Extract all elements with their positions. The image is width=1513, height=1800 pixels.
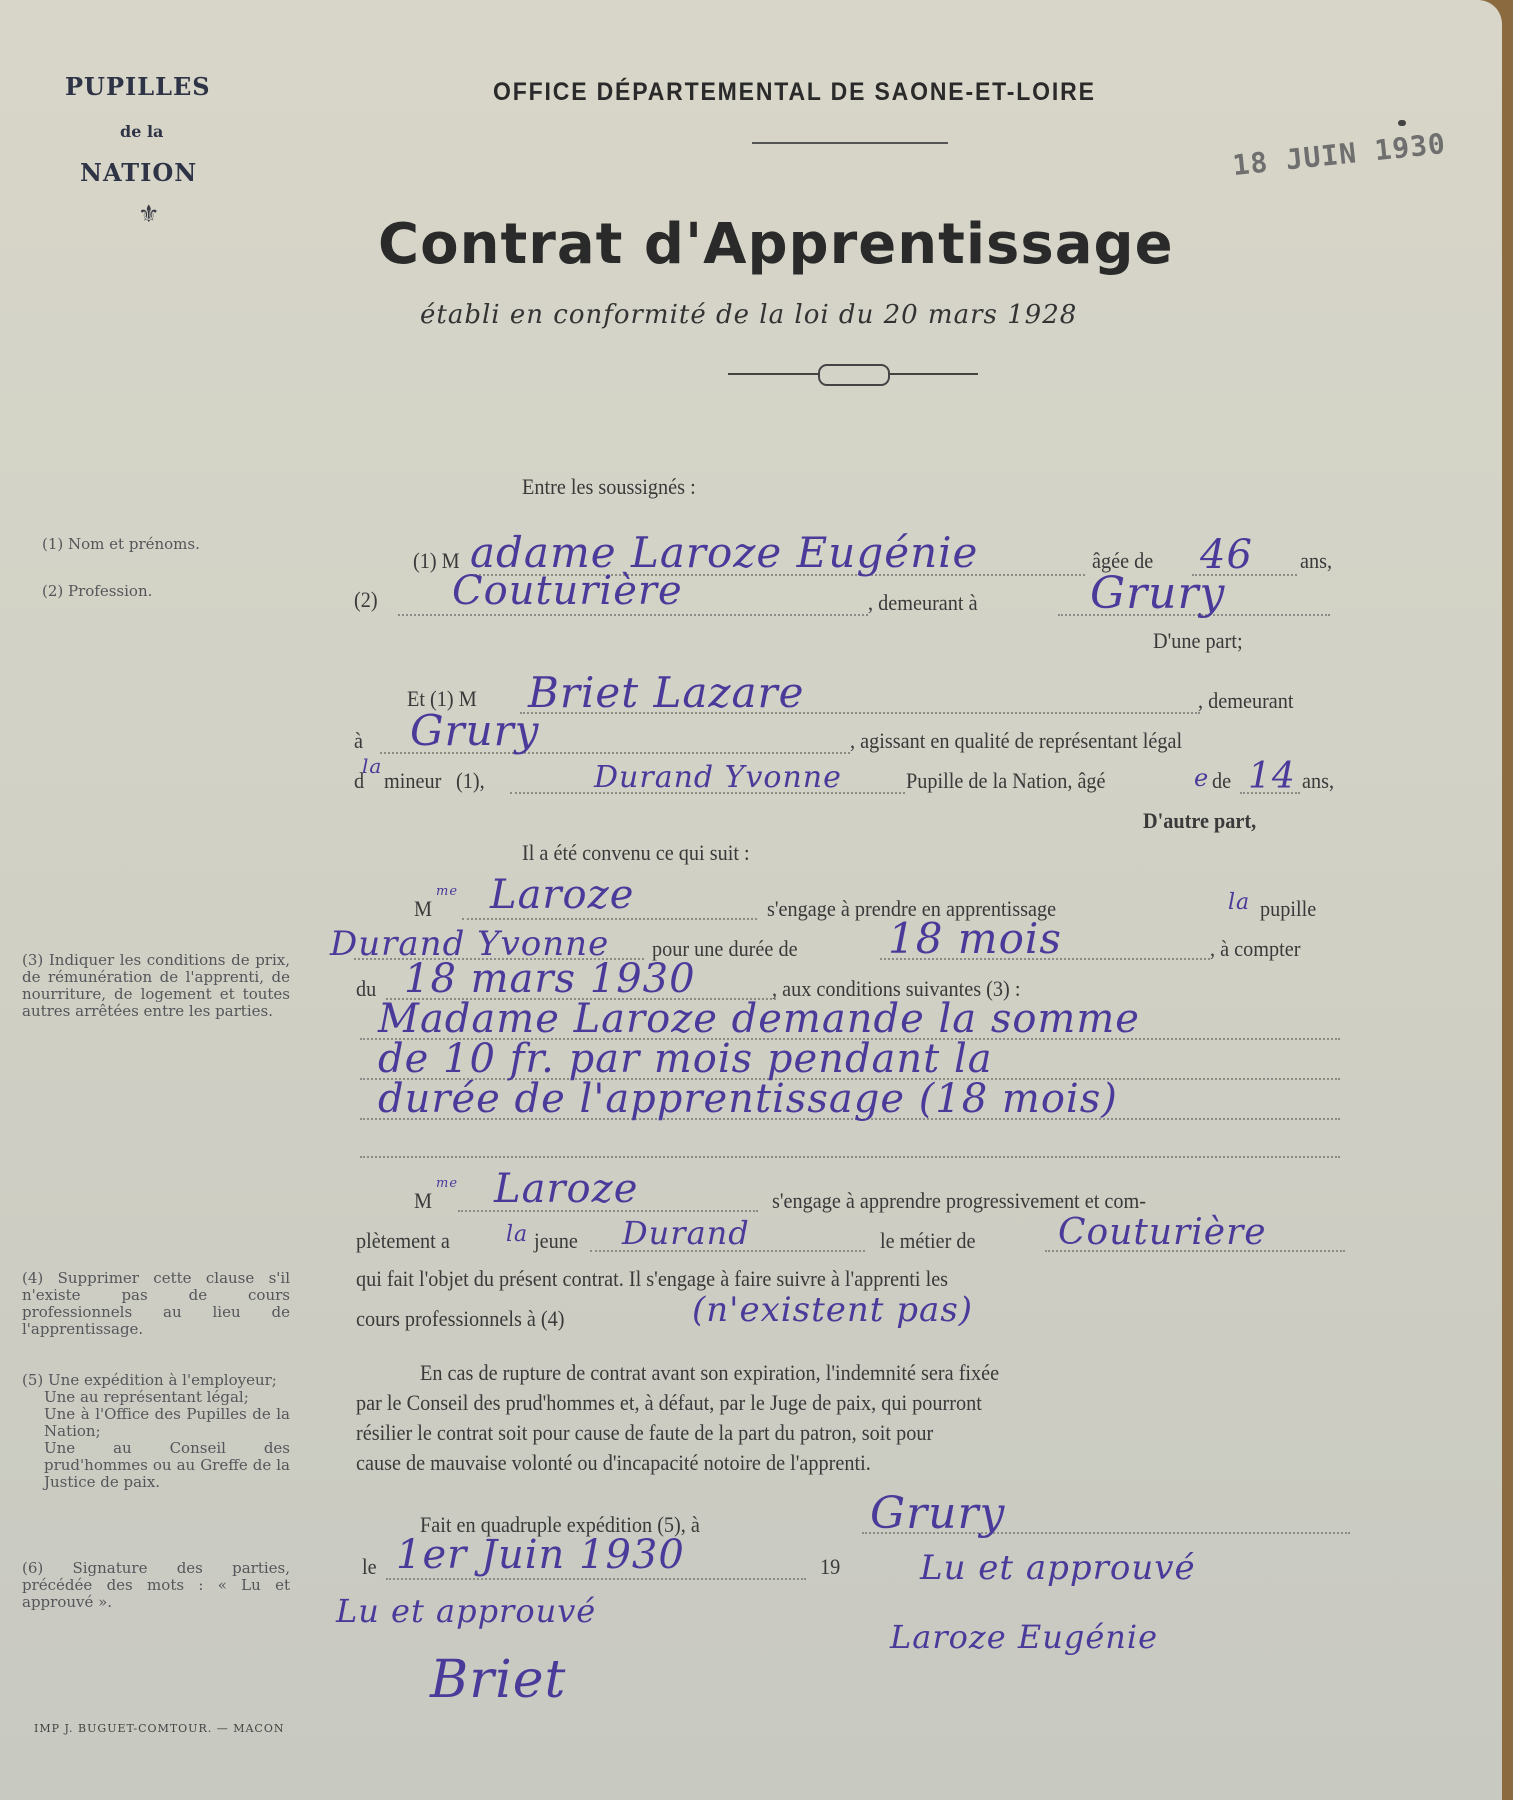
clause2-employer-field[interactable]: Laroze: [494, 1166, 638, 1212]
pupil-gender-field[interactable]: e: [1194, 764, 1209, 792]
margin-note-4: (4) Supprimer cette clause s'il n'existe…: [22, 1270, 290, 1338]
clause1-article-field[interactable]: la: [1228, 890, 1250, 915]
margin-note-2: (2) Profession.: [42, 583, 152, 600]
execution-date-prefix: le: [362, 1554, 377, 1580]
rupture-line: par le Conseil des prud'hommes et, à déf…: [356, 1390, 982, 1416]
clause2-courses-label: cours professionnels à (4): [356, 1306, 565, 1332]
guardian-residence-label: , demeurant: [1198, 688, 1294, 714]
minor-age-suffix: ans,: [1302, 768, 1334, 794]
agreement-intro: Il a été convenu ce qui suit :: [522, 840, 750, 866]
profession-prefix: (2): [354, 587, 378, 613]
document-subtitle: établi en conformité de la loi du 20 mar…: [420, 300, 1077, 330]
clause1-prefix: M: [414, 896, 432, 922]
clause1-duration-field[interactable]: 18 mois: [888, 914, 1062, 963]
clause2-article-field[interactable]: la: [506, 1222, 528, 1247]
rupture-line: résilier le contrat soit pour cause de f…: [356, 1420, 933, 1446]
margin-note-5-line: Une au représentant légal;: [22, 1389, 290, 1406]
margin-note-5-line: Une à l'Office des Pupilles de la Nation…: [22, 1406, 290, 1440]
divider-ornament-icon: [818, 364, 890, 386]
clause2-courses-field[interactable]: (n'existent pas): [692, 1290, 973, 1330]
employer-age-suffix: ans,: [1300, 548, 1332, 574]
clause2-pupil-field[interactable]: Durand: [622, 1214, 750, 1252]
employer-signature[interactable]: Laroze Eugénie: [890, 1618, 1158, 1656]
guardian-signature[interactable]: Briet: [430, 1650, 566, 1710]
document-title: Contrat d'Apprentissage: [378, 212, 1174, 277]
guardian-approval-text[interactable]: Lu et approuvé: [336, 1592, 596, 1630]
minor-article-field[interactable]: la: [362, 754, 382, 778]
clause2-prefix: M: [414, 1188, 432, 1214]
rupture-line: cause de mauvaise volonté ou d'incapacit…: [356, 1450, 871, 1476]
margin-note-5: (5) Une expédition à l'employeur; Une au…: [22, 1372, 290, 1491]
clause2-text2b: jeune: [534, 1228, 578, 1254]
minor-age-field[interactable]: 14: [1248, 756, 1296, 797]
profession-line: [398, 614, 868, 616]
clause1-text2: pupille: [1260, 896, 1316, 922]
guardian-residence-prefix: à: [354, 728, 363, 754]
margin-note-3: (3) Indiquer les conditions de prix, de …: [22, 952, 290, 1020]
execution-date-field[interactable]: 1er Juin 1930: [396, 1532, 685, 1578]
pupil-label: Pupille de la Nation, âgé: [906, 768, 1106, 794]
margin-note-5-line: (5) Une expédition à l'employeur;: [22, 1372, 290, 1389]
margin-note-5-line: Une au Conseil des prud'hommes ou au Gre…: [22, 1440, 290, 1491]
pupilles-heading: PUPILLES: [65, 72, 211, 101]
clause1-from-label: , à compter: [1210, 936, 1300, 962]
execution-date-line: [386, 1578, 806, 1580]
margin-note-1: (1) Nom et prénoms.: [42, 536, 200, 553]
clause2-trade-label: le métier de: [880, 1228, 976, 1254]
minor-note-ref: (1),: [456, 768, 485, 794]
parties-intro: Entre les soussignés :: [522, 474, 696, 500]
execution-place-field[interactable]: Grury: [870, 1488, 1005, 1539]
margin-note-6: (6) Signature des parties, précédée des …: [22, 1560, 290, 1611]
clause1-employer-line: [462, 918, 757, 920]
employer-residence-label: , demeurant à: [868, 590, 978, 616]
fleuron-icon: ⚜: [138, 200, 160, 229]
conditions-text-3[interactable]: durée de l'apprentissage (18 mois): [378, 1076, 1118, 1122]
clause2-text3: qui fait l'objet du présent contrat. Il …: [356, 1266, 948, 1292]
clause1-employer-field[interactable]: Laroze: [490, 872, 634, 918]
header-divider: [752, 142, 948, 144]
nation-heading: NATION: [80, 158, 197, 187]
received-date-stamp: 18 JUIN 1930: [1231, 127, 1448, 182]
minor-label: mineur: [384, 768, 441, 794]
profession-field[interactable]: Couturière: [452, 568, 683, 614]
guardian-part-label: D'autre part,: [1143, 808, 1256, 834]
clause2-trade-field[interactable]: Couturière: [1058, 1212, 1267, 1253]
clause2-text2a: plètement a: [356, 1228, 450, 1254]
employer-part-label: D'une part;: [1153, 628, 1243, 654]
clause2-title-sup[interactable]: me: [436, 1176, 458, 1191]
rupture-line: En cas de rupture de contrat avant son e…: [420, 1360, 999, 1386]
employer-residence-field[interactable]: Grury: [1090, 568, 1225, 619]
office-heading: OFFICE DÉPARTEMENTAL DE SAONE-ET-LOIRE: [493, 78, 1096, 107]
stamp-mark: [1398, 120, 1406, 126]
guardian-residence-field[interactable]: Grury: [410, 706, 539, 755]
clause1-du-label: du: [356, 976, 376, 1002]
printer-imprint: IMP J. BUGUET-COMTOUR. — MACON: [34, 1722, 285, 1735]
clause1-title-sup[interactable]: me: [436, 884, 458, 899]
conditions-line: [360, 1156, 1340, 1158]
contract-page: PUPILLES de la NATION ⚜ OFFICE DÉPARTEME…: [0, 0, 1502, 1800]
execution-year-prefix: 19: [820, 1554, 840, 1580]
minor-age-label: de: [1212, 768, 1231, 794]
minor-name-field[interactable]: Durand Yvonne: [594, 760, 842, 795]
clause2-text1: s'engage à apprendre progressivement et …: [772, 1188, 1146, 1214]
guardian-name-field[interactable]: Briet Lazare: [528, 668, 805, 717]
employer-approval-text[interactable]: Lu et approuvé: [920, 1548, 1196, 1588]
guardian-capacity-label: , agissant en qualité de représentant lé…: [850, 728, 1182, 754]
de-la-heading: de la: [120, 122, 163, 141]
